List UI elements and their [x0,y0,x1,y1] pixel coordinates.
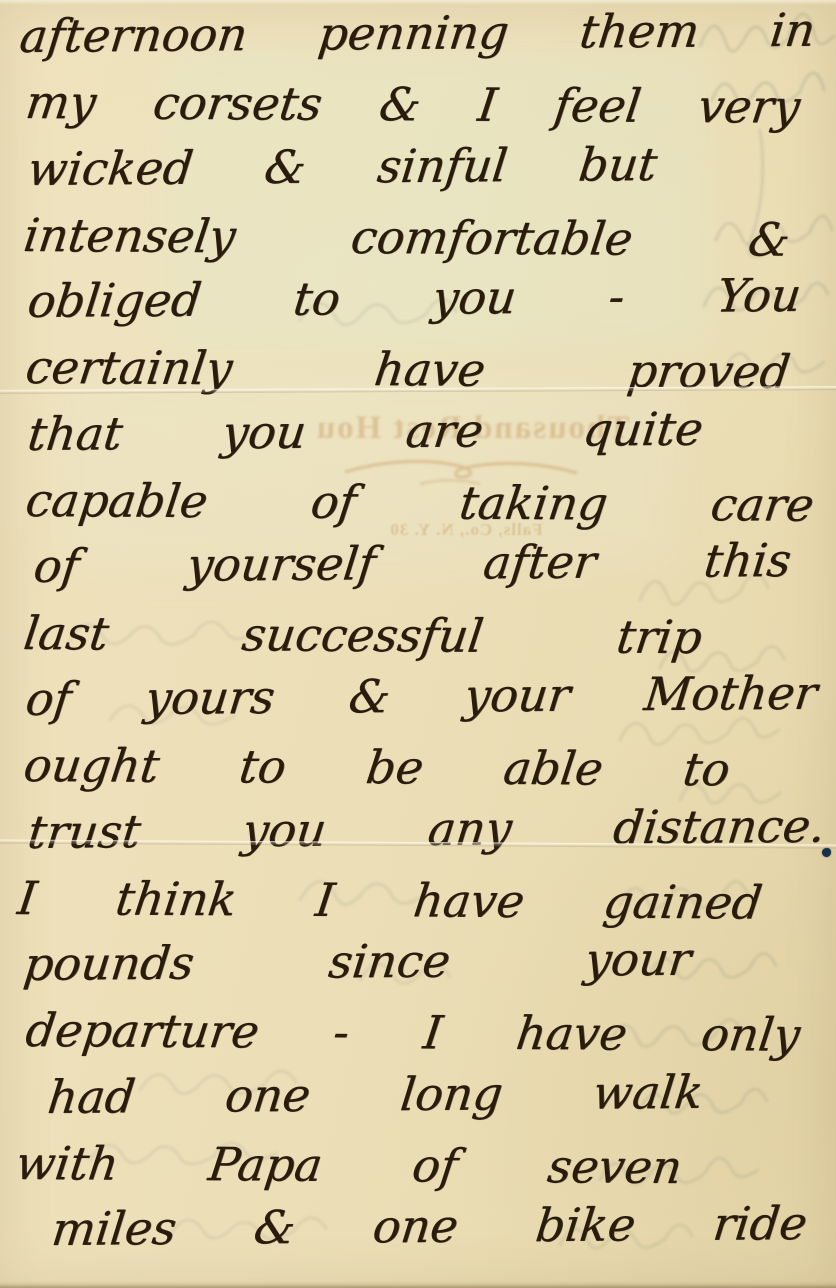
letter-page: Thousand Rest Hou Falls, Co., N. Y. 30 [0,0,836,1288]
letter-line: certainly have proved [22,335,794,406]
letter-line: pounds since your [20,927,694,999]
ink-blot [822,848,831,857]
letter-line: of yours & your Mother [22,661,820,733]
letter-line: I think I have gained [14,866,766,937]
letter-line: with Papa of seven [12,1131,686,1201]
letter-text: afternoon penning them in my corsets & I… [0,4,836,1264]
letter-line: departure - I have only [22,998,804,1069]
letter-line: my corsets & I feel very [22,70,804,141]
letter-line: miles & one bike ride [48,1191,810,1263]
letter-line: had one long walk [44,1060,706,1131]
letter-line: trust you any distance. [24,793,828,866]
letter-line: of yourself after this [30,528,794,600]
letter-line: wicked & sinful but [24,132,660,203]
letter-line: obliged to you - You [24,263,804,335]
letter-line: that you are quite [24,396,706,468]
letter-line: last successful trip [20,601,706,671]
letter-line: afternoon penning them in [16,0,818,70]
letter-line: ought to be able to [20,733,734,804]
